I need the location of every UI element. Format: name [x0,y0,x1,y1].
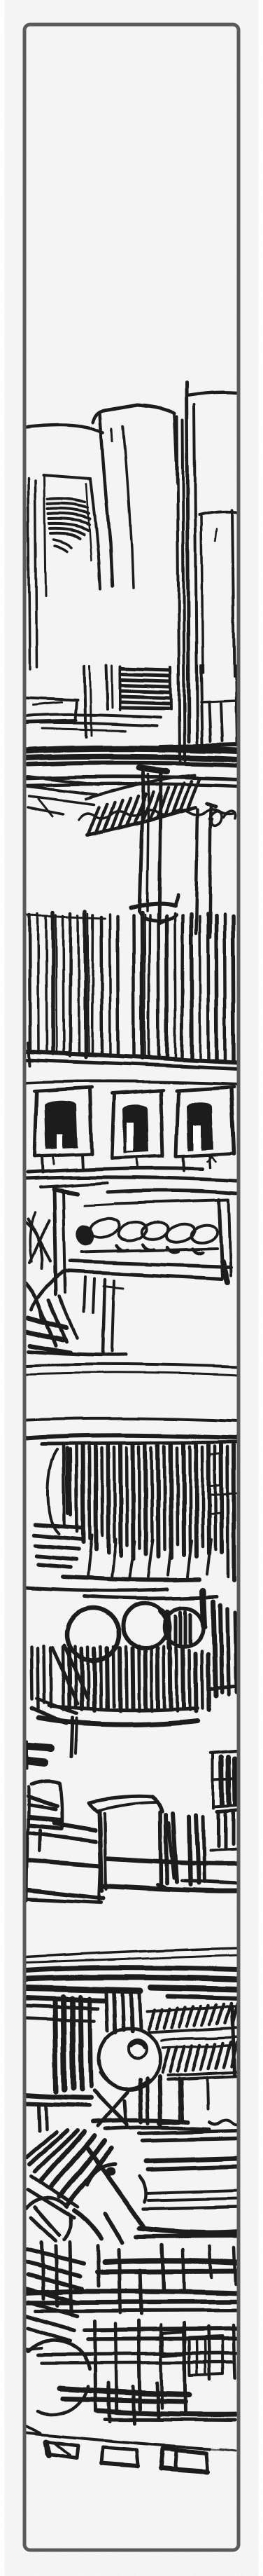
framed-sketch [0,0,263,2576]
sketch-canvas [0,0,263,2576]
